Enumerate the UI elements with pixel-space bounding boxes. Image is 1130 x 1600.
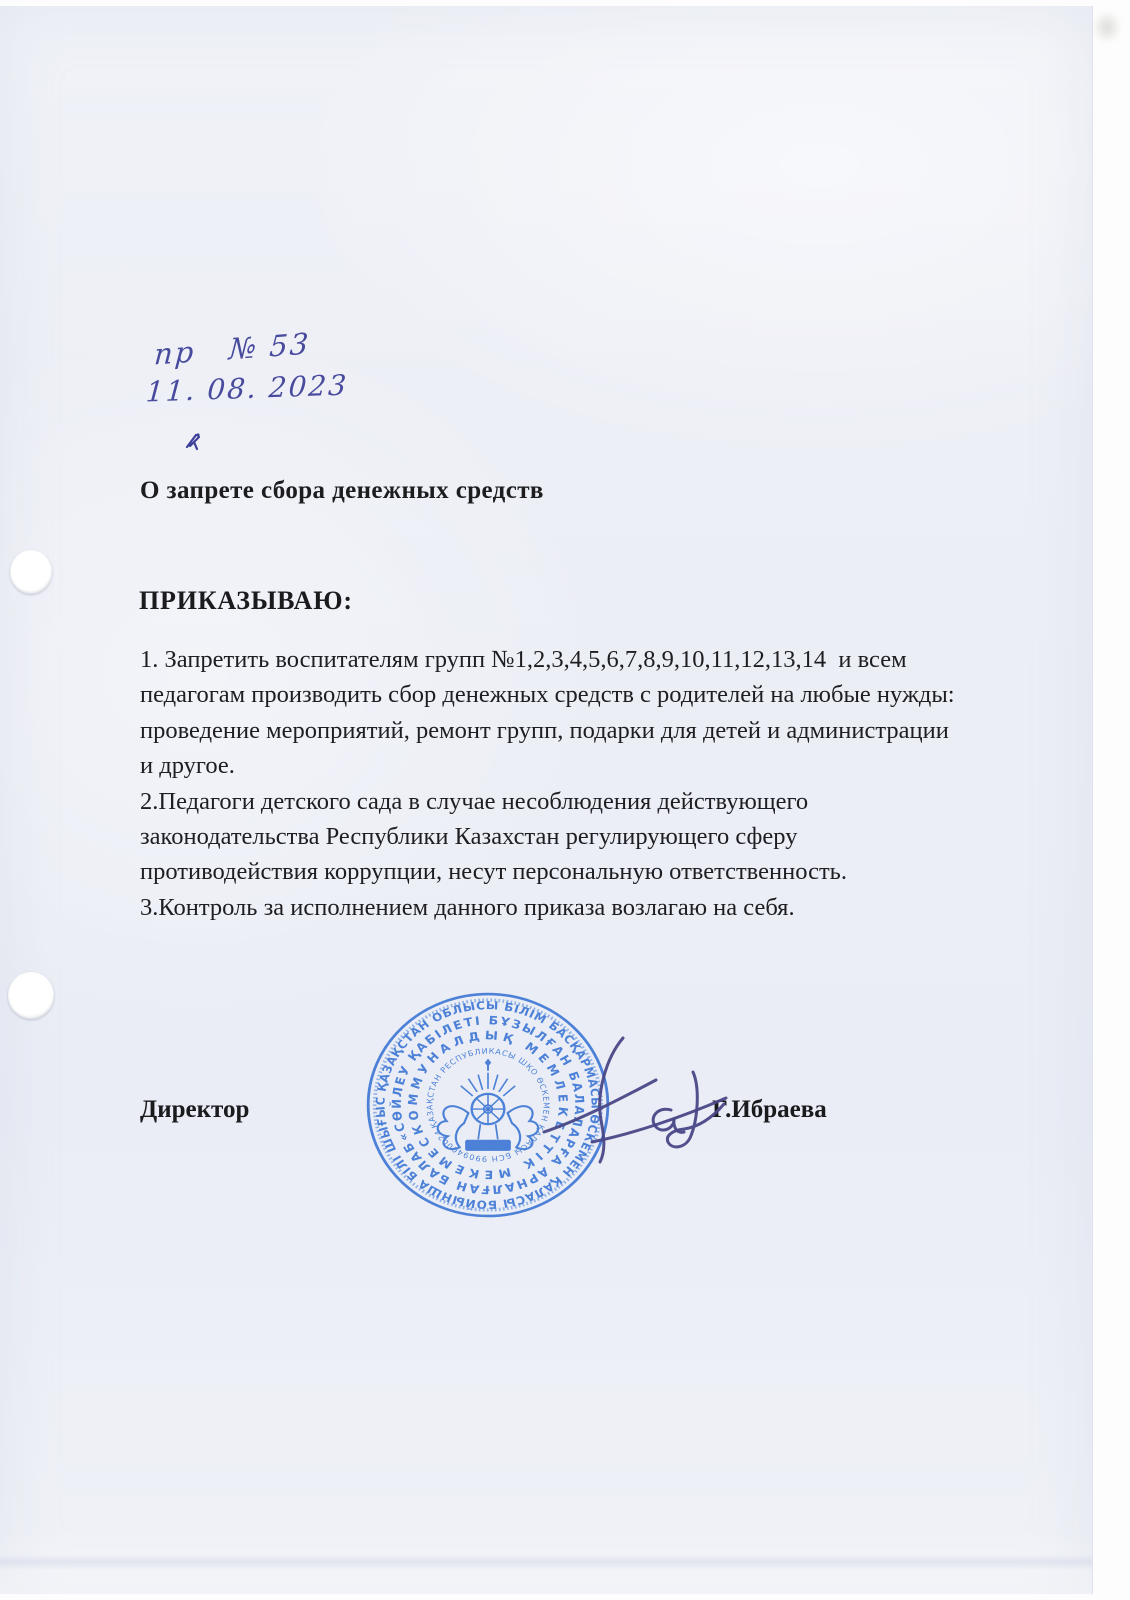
order-body: 1. Запретить воспитателям групп №1,2,3,4… [140,642,1050,925]
scanned-order-page: пр № 53 11. 08. 2023 О запрете сбора ден… [0,0,1130,1600]
order-text-line: педагогам производить сбор денежных сред… [140,677,1050,712]
document-title: О запрете сбора денежных средств [140,477,544,505]
order-text-line: законодательства Республики Казахстан ре… [140,819,1050,854]
ink-blot-mark [183,428,205,452]
signer-role-label: Директор [140,1096,249,1124]
scan-smudge [1086,4,1128,50]
order-heading: ПРИКАЗЫВАЮ: [139,586,353,616]
emblem-banner-text: ҚАЗАҚСТАН [467,1143,510,1150]
emblem-star [485,1059,492,1067]
kazakhstan-emblem: ҚАЗАҚСТАН [438,1059,538,1151]
hole-punch [10,550,52,594]
order-text-line: противодействия коррупции, несут персона… [140,854,1050,889]
order-text-line: 3.Контроль за исполнением данного приказ… [140,890,1050,925]
order-text-line: проведение мероприятий, ремонт групп, по… [140,713,1050,748]
order-text-line: и другое. [140,748,1050,783]
director-signature [540,1026,732,1188]
emblem-banner: ҚАЗАҚСТАН [465,1140,511,1151]
hole-punch [8,972,54,1019]
order-text-line: 1. Запретить воспитателям групп №1,2,3,4… [140,642,1050,677]
emblem-sun-rays [461,1073,515,1096]
order-text-line: 2.Педагоги детского сада в случае несобл… [140,784,1050,819]
